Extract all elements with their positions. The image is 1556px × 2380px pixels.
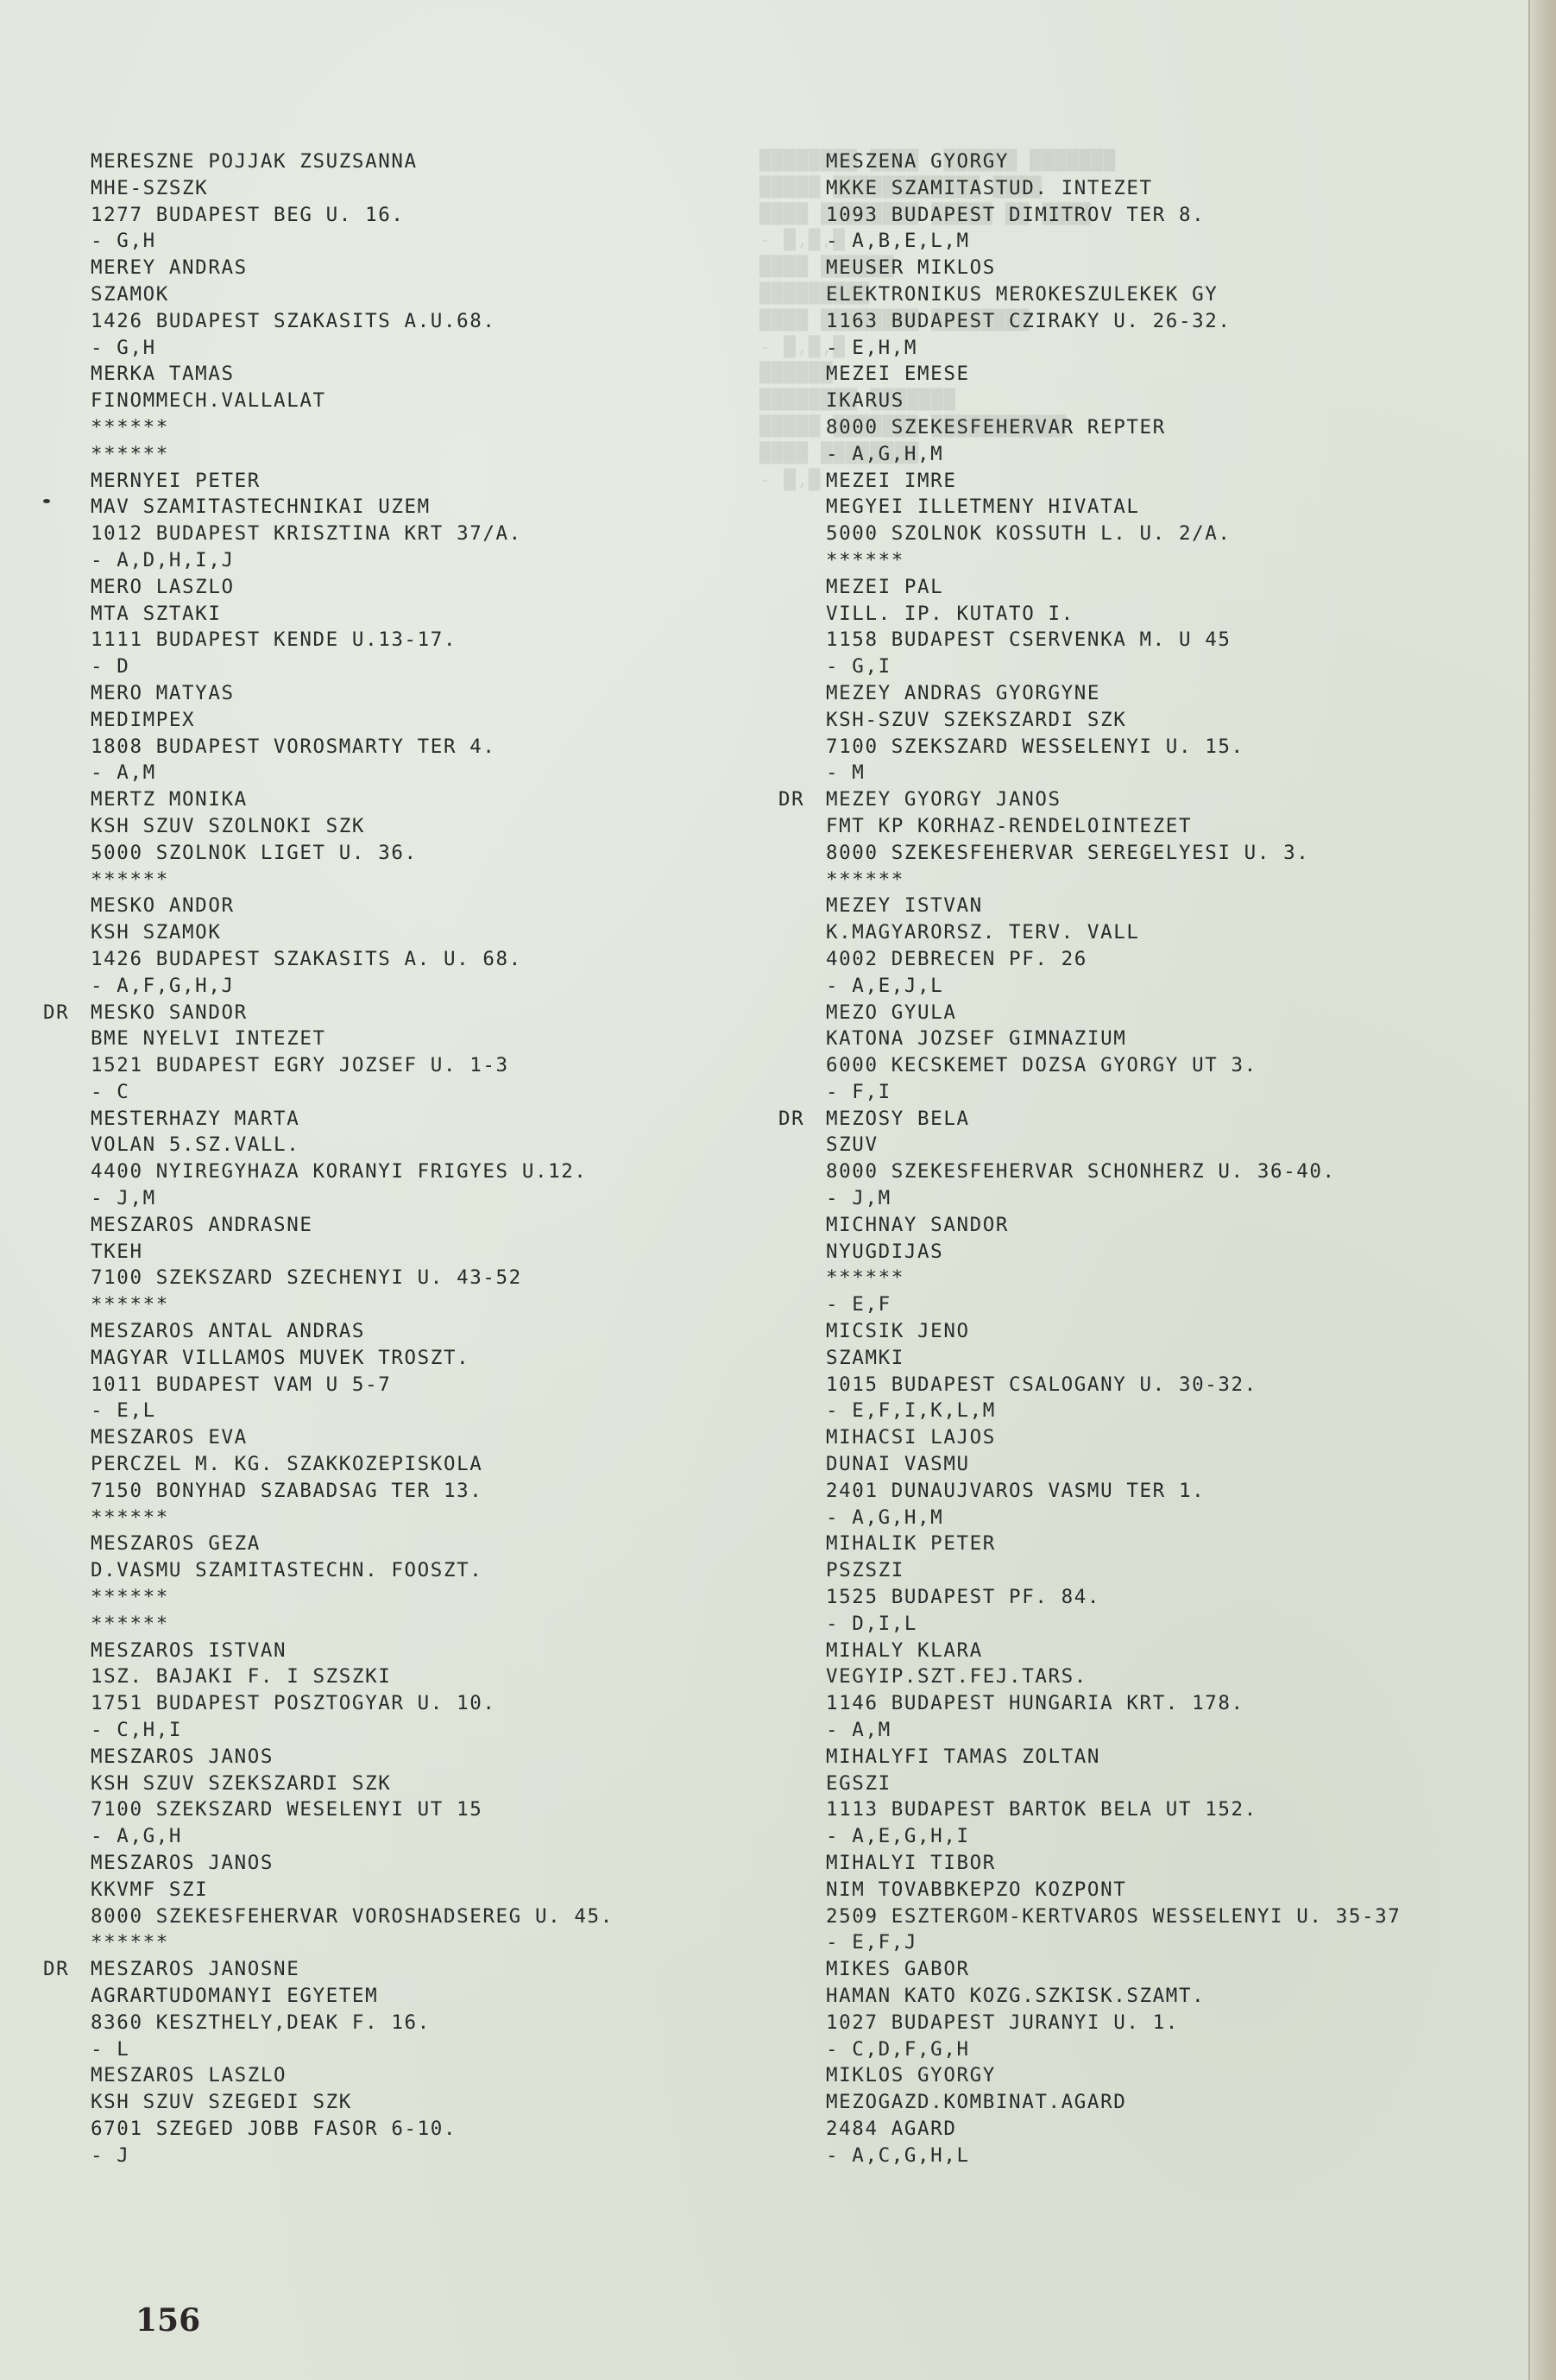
entry-name: MEZO GYULA (826, 1000, 1401, 1026)
directory-entry: MICHNAY SANDORNYUGDIJAS******- E,F (826, 1212, 1401, 1318)
entry-text: MESZAROS ANTAL ANDRAS (91, 1320, 365, 1342)
entry-name: MEZEY ANDRAS GYORGYNE (826, 680, 1401, 707)
directory-column-right: MESZENA GYORGYMKKE SZAMITASTUD. INTEZET1… (826, 148, 1401, 2169)
entry-codes: - J,M (826, 1185, 1401, 1212)
entry-title-prefix: DR (778, 1106, 804, 1133)
entry-text: - F,I (826, 1081, 891, 1103)
entry-text: 1426 BUDAPEST SZAKASITS A. U. 68. (91, 948, 522, 970)
entry-address: ****** (91, 1584, 614, 1611)
entry-text: ****** (91, 1613, 169, 1635)
entry-name: DRMESZAROS JANOSNE (91, 1956, 614, 1983)
entry-organization: TKEH (91, 1239, 614, 1266)
entry-text: - C (91, 1081, 129, 1103)
entry-text: - G,H (91, 337, 156, 359)
entry-organization: NYUGDIJAS (826, 1239, 1401, 1266)
entry-codes: - G,I (826, 653, 1401, 680)
entry-text: ELEKTRONIKUS MEROKESZULEKEK GY (826, 283, 1218, 306)
entry-name: MESTERHAZY MARTA (91, 1106, 614, 1133)
entry-codes: ****** (91, 441, 614, 468)
entry-text: DUNAI VASMU (826, 1453, 970, 1475)
entry-address: 4002 DEBRECEN PF. 26 (826, 946, 1401, 973)
entry-codes: - A,D,H,I,J (91, 547, 614, 574)
entry-text: - A,E,J,L (826, 975, 943, 997)
entry-address: 8000 SZEKESFEHERVAR SEREGELYESI U. 3. (826, 840, 1401, 867)
entry-text: ****** (826, 549, 904, 571)
entry-name: MESZAROS ANDRASNE (91, 1212, 614, 1239)
directory-entry: MESKO ANDORKSH SZAMOK1426 BUDAPEST SZAKA… (91, 893, 614, 999)
directory-entry: MEZEI PALVILL. IP. KUTATO I.1158 BUDAPES… (826, 574, 1401, 680)
entry-codes: ****** (826, 547, 1401, 574)
entry-text: KSH SZUV SZEKSZARDI SZK (91, 1772, 391, 1795)
entry-organization: PERCZEL M. KG. SZAKKOZEPISKOLA (91, 1451, 614, 1478)
entry-text: - A,C,G,H,L (826, 2144, 970, 2167)
entry-text: - A,M (91, 761, 156, 784)
entry-text: HAMAN KATO KOZG.SZKISK.SZAMT. (826, 1985, 1205, 2007)
entry-codes: - A,E,G,H,I (826, 1823, 1401, 1850)
entry-codes: - A,F,G,H,J (91, 973, 614, 1000)
entry-text: K.MAGYARORSZ. TERV. VALL (826, 921, 1140, 944)
entry-name: MEZEI EMESE (826, 361, 1401, 388)
entry-text: - E,F (826, 1293, 891, 1316)
ink-speck (43, 499, 50, 503)
entry-text: MERTZ MONIKA (91, 788, 248, 811)
entry-text: MEZOSY BELA (826, 1108, 970, 1130)
entry-address: 1426 BUDAPEST SZAKASITS A.U.68. (91, 308, 614, 335)
entry-text: - E,F,I,K,L,M (826, 1399, 996, 1422)
entry-text: VILL. IP. KUTATO I. (826, 603, 1074, 625)
entry-address: 7150 BONYHAD SZABADSAG TER 13. (91, 1478, 614, 1505)
entry-text: MEGYEI ILLETMENY HIVATAL (826, 496, 1140, 518)
entry-organization: SZAMOK (91, 281, 614, 308)
entry-text: MICHNAY SANDOR (826, 1214, 1009, 1236)
entry-text: 1163 BUDAPEST CZIRAKY U. 26-32. (826, 310, 1232, 332)
entry-text: - L (91, 2038, 129, 2061)
entry-codes: - L (91, 2036, 614, 2063)
entry-address: 2401 DUNAUJVAROS VASMU TER 1. (826, 1478, 1401, 1505)
entry-text: TKEH (91, 1241, 143, 1263)
entry-text: ****** (91, 1506, 169, 1529)
entry-organization: MEGYEI ILLETMENY HIVATAL (826, 494, 1401, 521)
entry-text: - A,G,H (91, 1825, 182, 1847)
entry-codes: - A,E,J,L (826, 973, 1401, 1000)
entry-text: - J,M (826, 1187, 891, 1209)
entry-text: MKKE SZAMITASTUD. INTEZET (826, 177, 1153, 199)
entry-name: MEUSER MIKLOS (826, 255, 1401, 281)
entry-text: MERO LASZLO (91, 576, 235, 598)
entry-text: MEZO GYULA (826, 1001, 956, 1024)
directory-entry: MESZAROS ANDRASNETKEH7100 SZEKSZARD SZEC… (91, 1212, 614, 1318)
directory-entry: MIHALYFI TAMAS ZOLTANEGSZI1113 BUDAPEST … (826, 1744, 1401, 1850)
entry-text: 4002 DEBRECEN PF. 26 (826, 948, 1087, 970)
entry-organization: KSH SZAMOK (91, 919, 614, 946)
entry-organization: AGRARTUDOMANYI EGYETEM (91, 1983, 614, 2010)
entry-text: - J (91, 2144, 129, 2167)
entry-organization: KATONA JOZSEF GIMNAZIUM (826, 1026, 1401, 1052)
directory-entry: MERTZ MONIKAKSH SZUV SZOLNOKI SZK5000 SZ… (91, 786, 614, 893)
entry-text: 1751 BUDAPEST POSZTOGYAR U. 10. (91, 1692, 496, 1714)
entry-organization: MEZOGAZD.KOMBINAT.AGARD (826, 2089, 1401, 2116)
entry-text: MEZEI EMESE (826, 363, 970, 385)
entry-text: 1277 BUDAPEST BEG U. 16. (91, 204, 405, 226)
entry-text: 7100 SZEKSZARD WESSELENYI U. 15. (826, 735, 1244, 758)
entry-codes: - E,F,J (826, 1929, 1401, 1956)
directory-entry: MEREY ANDRASSZAMOK1426 BUDAPEST SZAKASIT… (91, 255, 614, 361)
entry-text: ****** (91, 416, 169, 439)
entry-text: MEZOGAZD.KOMBINAT.AGARD (826, 2091, 1126, 2113)
entry-text: 2509 ESZTERGOM-KERTVAROS WESSELENYI U. 3… (826, 1905, 1401, 1928)
entry-organization: KSH SZUV SZEGEDI SZK (91, 2089, 614, 2116)
directory-entry: MIKES GABORHAMAN KATO KOZG.SZKISK.SZAMT.… (826, 1956, 1401, 2062)
entry-text: 7100 SZEKSZARD SZECHENYI U. 43-52 (91, 1266, 522, 1289)
directory-entry: MIHALIK PETERPSZSZI1525 BUDAPEST PF. 84.… (826, 1531, 1401, 1637)
entry-address: 1163 BUDAPEST CZIRAKY U. 26-32. (826, 308, 1401, 335)
entry-codes: - E,H,M (826, 335, 1401, 362)
entry-text: PSZSZI (826, 1559, 904, 1581)
entry-address: 1751 BUDAPEST POSZTOGYAR U. 10. (91, 1690, 614, 1717)
entry-text: MEZEY GYORGY JANOS (826, 788, 1061, 811)
entry-text: NYUGDIJAS (826, 1241, 943, 1263)
entry-text: ****** (826, 868, 904, 891)
entry-organization: VOLAN 5.SZ.VALL. (91, 1132, 614, 1158)
entry-address: ****** (91, 414, 614, 441)
entry-organization: MEDIMPEX (91, 707, 614, 734)
entry-text: MEZEI PAL (826, 576, 943, 598)
entry-name: MEREY ANDRAS (91, 255, 614, 281)
entry-organization: KSH SZUV SZEKSZARDI SZK (91, 1771, 614, 1797)
entry-address: 8000 SZEKESFEHERVAR REPTER (826, 414, 1401, 441)
entry-organization: IKARUS (826, 388, 1401, 414)
entry-address: 1093 BUDAPEST DIMITROV TER 8. (826, 202, 1401, 229)
entry-text: 8360 KESZTHELY,DEAK F. 16. (91, 2011, 431, 2034)
entry-name: MIKLOS GYORGY (826, 2062, 1401, 2089)
entry-text: MTA SZTAKI (91, 603, 221, 625)
entry-text: AGRARTUDOMANYI EGYETEM (91, 1985, 378, 2007)
directory-entry: MESZAROS GEZAD.VASMU SZAMITASTECHN. FOOS… (91, 1531, 614, 1637)
entry-text: MERKA TAMAS (91, 363, 235, 385)
entry-text: - G,H (91, 230, 156, 252)
entry-address: 1027 BUDAPEST JURANYI U. 1. (826, 2010, 1401, 2036)
entry-text: 2401 DUNAUJVAROS VASMU TER 1. (826, 1480, 1205, 1502)
directory-entry: MERKA TAMASFINOMMECH.VALLALAT***********… (91, 361, 614, 467)
entry-name: MESZENA GYORGY (826, 148, 1401, 175)
entry-text: MICSIK JENO (826, 1320, 970, 1342)
entry-text: MEREY ANDRAS (91, 256, 248, 279)
entry-address: 1426 BUDAPEST SZAKASITS A. U. 68. (91, 946, 614, 973)
entry-codes: - C,H,I (91, 1717, 614, 1744)
entry-text: SZUV (826, 1133, 879, 1156)
entry-text: MESZAROS ISTVAN (91, 1639, 287, 1662)
entry-codes: - A,M (826, 1717, 1401, 1744)
entry-text: 5000 SZOLNOK KOSSUTH L. U. 2/A. (826, 522, 1232, 545)
entry-address: 1011 BUDAPEST VAM U 5-7 (91, 1372, 614, 1398)
entry-text: MESZAROS ANDRASNE (91, 1214, 312, 1236)
entry-text: - A,B,E,L,M (826, 230, 970, 252)
entry-text: - E,H,M (826, 337, 917, 359)
entry-organization: DUNAI VASMU (826, 1451, 1401, 1478)
entry-title-prefix: DR (43, 1956, 69, 1983)
entry-name: MERO LASZLO (91, 574, 614, 601)
entry-codes: - A,G,H (91, 1823, 614, 1850)
entry-text: IKARUS (826, 389, 904, 412)
directory-entry: MEZEI IMREMEGYEI ILLETMENY HIVATAL5000 S… (826, 468, 1401, 574)
entry-text: MESKO SANDOR (91, 1001, 248, 1024)
entry-name: MIHALYFI TAMAS ZOLTAN (826, 1744, 1401, 1771)
entry-text: FINOMMECH.VALLALAT (91, 389, 326, 412)
entry-text: 8000 SZEKESFEHERVAR REPTER (826, 416, 1166, 439)
entry-codes: - C,D,F,G,H (826, 2036, 1401, 2063)
entry-address: 1277 BUDAPEST BEG U. 16. (91, 202, 614, 229)
entry-organization: EGSZI (826, 1771, 1401, 1797)
directory-entry: MEZEY ISTVANK.MAGYARORSZ. TERV. VALL4002… (826, 893, 1401, 999)
entry-address: 8000 SZEKESFEHERVAR VOROSHADSEREG U. 45. (91, 1903, 614, 1930)
entry-text: - A,G,H,M (826, 443, 943, 465)
directory-entry: MESZAROS ISTVAN1SZ. BAJAKI F. I SZSZKI17… (91, 1638, 614, 1744)
entry-organization: KKVMF SZI (91, 1877, 614, 1903)
entry-text: 1SZ. BAJAKI F. I SZSZKI (91, 1665, 391, 1688)
entry-text: 1027 BUDAPEST JURANYI U. 1. (826, 2011, 1179, 2034)
entry-name: MIHALIK PETER (826, 1531, 1401, 1557)
entry-codes: - A,G,H,M (826, 1505, 1401, 1531)
entry-organization: PSZSZI (826, 1557, 1401, 1584)
entry-text: - E,F,J (826, 1931, 917, 1954)
entry-text: 1146 BUDAPEST HUNGARIA KRT. 178. (826, 1692, 1244, 1714)
directory-entry: DRMEZOSY BELASZUV8000 SZEKESFEHERVAR SCH… (826, 1106, 1401, 1212)
entry-name: DRMEZEY GYORGY JANOS (826, 786, 1401, 813)
entry-text: MESZAROS LASZLO (91, 2064, 287, 2086)
entry-address: 7100 SZEKSZARD WESSELENYI U. 15. (826, 734, 1401, 761)
entry-text: MIHALIK PETER (826, 1532, 996, 1555)
entry-text: 1113 BUDAPEST BARTOK BELA UT 152. (826, 1798, 1257, 1821)
entry-text: NIM TOVABBKEPZO KOZPONT (826, 1878, 1126, 1901)
entry-text: SZAMKI (826, 1347, 904, 1369)
entry-text: 1093 BUDAPEST DIMITROV TER 8. (826, 204, 1205, 226)
entry-text: - A,D,H,I,J (91, 549, 235, 571)
entry-name: MESKO ANDOR (91, 893, 614, 919)
directory-column-left: MERESZNE POJJAK ZSUZSANNAMHE-SZSZK1277 B… (91, 148, 614, 2169)
entry-title-prefix: DR (778, 786, 804, 813)
entry-text: MESZENA GYORGY (826, 150, 1009, 173)
entry-text: MAGYAR VILLAMOS MUVEK TROSZT. (91, 1347, 469, 1369)
directory-entry: MERNYEI PETERMAV SZAMITASTECHNIKAI UZEM1… (91, 468, 614, 574)
entry-text: BME NYELVI INTEZET (91, 1027, 326, 1050)
entry-text: ****** (91, 868, 169, 891)
directory-entry: MESZAROS JANOSKKVMF SZI8000 SZEKESFEHERV… (91, 1850, 614, 1956)
entry-text: ****** (91, 1293, 169, 1316)
entry-codes: - G,H (91, 228, 614, 255)
entry-address: 6000 KECSKEMET DOZSA GYORGY UT 3. (826, 1052, 1401, 1079)
entry-text: 8000 SZEKESFEHERVAR VOROSHADSEREG U. 45. (91, 1905, 614, 1928)
entry-codes: - A,M (91, 760, 614, 786)
entry-text: MESZAROS EVA (91, 1426, 248, 1449)
entry-address: 1146 BUDAPEST HUNGARIA KRT. 178. (826, 1690, 1401, 1717)
entry-text: MAV SZAMITASTECHNIKAI UZEM (91, 496, 431, 518)
entry-text: MHE-SZSZK (91, 177, 208, 199)
entry-text: 1012 BUDAPEST KRISZTINA KRT 37/A. (91, 522, 522, 545)
directory-entry: DRMESKO SANDORBME NYELVI INTEZET1521 BUD… (91, 1000, 614, 1106)
entry-organization: FINOMMECH.VALLALAT (91, 388, 614, 414)
entry-address: 5000 SZOLNOK LIGET U. 36. (91, 840, 614, 867)
entry-codes: ****** (91, 867, 614, 893)
directory-entry: MIHACSI LAJOSDUNAI VASMU2401 DUNAUJVAROS… (826, 1424, 1401, 1531)
entry-name: MIHACSI LAJOS (826, 1424, 1401, 1451)
entry-address: 5000 SZOLNOK KOSSUTH L. U. 2/A. (826, 521, 1401, 547)
entry-address: 7100 SZEKSZARD WESELENYI UT 15 (91, 1796, 614, 1823)
directory-entry: MESTERHAZY MARTAVOLAN 5.SZ.VALL.4400 NYI… (91, 1106, 614, 1212)
entry-organization: MAGYAR VILLAMOS MUVEK TROSZT. (91, 1345, 614, 1372)
entry-text: 4400 NYIREGYHAZA KORANYI FRIGYES U.12. (91, 1160, 588, 1183)
entry-address: 2509 ESZTERGOM-KERTVAROS WESSELENYI U. 3… (826, 1903, 1401, 1930)
entry-text: KSH-SZUV SZEKSZARDI SZK (826, 709, 1126, 731)
entry-organization: MAV SZAMITASTECHNIKAI UZEM (91, 494, 614, 521)
directory-entry: MEZEY ANDRAS GYORGYNEKSH-SZUV SZEKSZARDI… (826, 680, 1401, 786)
entry-text: MESKO ANDOR (91, 894, 235, 917)
entry-text: 1525 BUDAPEST PF. 84. (826, 1586, 1100, 1608)
entry-text: SZAMOK (91, 283, 169, 306)
entry-text: 1111 BUDAPEST KENDE U.13-17. (91, 628, 457, 651)
entry-name: MICHNAY SANDOR (826, 1212, 1401, 1239)
entry-text: - A,E,G,H,I (826, 1825, 970, 1847)
entry-codes: - A,C,G,H,L (826, 2143, 1401, 2169)
entry-address: 1012 BUDAPEST KRISZTINA KRT 37/A. (91, 521, 614, 547)
page-number: 156 (135, 2302, 200, 2339)
entry-text: ****** (91, 1931, 169, 1954)
entry-codes: ****** (91, 1505, 614, 1531)
entry-text: KKVMF SZI (91, 1878, 208, 1901)
entry-address: 1015 BUDAPEST CSALOGANY U. 30-32. (826, 1372, 1401, 1398)
directory-entry: DRMESZAROS JANOSNEAGRARTUDOMANYI EGYETEM… (91, 1956, 614, 2062)
entry-codes: ****** (91, 1611, 614, 1638)
entry-name: MERO MATYAS (91, 680, 614, 707)
directory-entry: MESZAROS LASZLOKSH SZUV SZEGEDI SZK6701 … (91, 2062, 614, 2169)
entry-text: MIHALY KLARA (826, 1639, 983, 1662)
entry-text: - J,M (91, 1187, 156, 1209)
entry-name: MESZAROS ANTAL ANDRAS (91, 1318, 614, 1345)
entry-address: 1158 BUDAPEST CSERVENKA M. U 45 (826, 627, 1401, 653)
directory-entry: MERO MATYASMEDIMPEX1808 BUDAPEST VOROSMA… (91, 680, 614, 786)
entry-text: - D,I,L (826, 1613, 917, 1635)
entry-organization: FMT KP KORHAZ-RENDELOINTEZET (826, 813, 1401, 840)
entry-address: 4400 NYIREGYHAZA KORANYI FRIGYES U.12. (91, 1158, 614, 1185)
entry-organization: KSH SZUV SZOLNOKI SZK (91, 813, 614, 840)
entry-text: MIKLOS GYORGY (826, 2064, 996, 2086)
entry-text: - C,D,F,G,H (826, 2038, 970, 2061)
directory-entry: MERESZNE POJJAK ZSUZSANNAMHE-SZSZK1277 B… (91, 148, 614, 255)
entry-name: MESZAROS LASZLO (91, 2062, 614, 2089)
entry-text: PERCZEL M. KG. SZAKKOZEPISKOLA (91, 1453, 482, 1475)
entry-text: FMT KP KORHAZ-RENDELOINTEZET (826, 815, 1192, 837)
entry-codes: ****** (91, 1291, 614, 1318)
entry-organization: SZUV (826, 1132, 1401, 1158)
entry-name: MICSIK JENO (826, 1318, 1401, 1345)
entry-text: MIKES GABOR (826, 1958, 970, 1980)
entry-codes: - A,B,E,L,M (826, 228, 1401, 255)
entry-text: 1015 BUDAPEST CSALOGANY U. 30-32. (826, 1373, 1257, 1396)
entry-text: MERNYEI PETER (91, 470, 261, 492)
entry-text: 6000 KECSKEMET DOZSA GYORGY UT 3. (826, 1054, 1257, 1076)
entry-name: MESZAROS JANOS (91, 1850, 614, 1877)
directory-entry: MICSIK JENOSZAMKI1015 BUDAPEST CSALOGANY… (826, 1318, 1401, 1424)
entry-text: MERO MATYAS (91, 682, 235, 704)
entry-text: 7100 SZEKSZARD WESELENYI UT 15 (91, 1798, 482, 1821)
entry-text: 7150 BONYHAD SZABADSAG TER 13. (91, 1480, 482, 1502)
entry-text: MEZEY ANDRAS GYORGYNE (826, 682, 1100, 704)
entry-text: MESZAROS JANOSNE (91, 1958, 299, 1980)
entry-text: MESZAROS JANOS (91, 1852, 274, 1874)
entry-text: KSH SZAMOK (91, 921, 221, 944)
entry-organization: SZAMKI (826, 1345, 1401, 1372)
entry-text: D.VASMU SZAMITASTECHN. FOOSZT. (91, 1559, 482, 1581)
entry-codes: - J,M (91, 1185, 614, 1212)
entry-organization: K.MAGYARORSZ. TERV. VALL (826, 919, 1401, 946)
entry-name: MERNYEI PETER (91, 468, 614, 495)
entry-text: MIHALYFI TAMAS ZOLTAN (826, 1746, 1100, 1768)
entry-codes: - F,I (826, 1079, 1401, 1106)
entry-organization: ELEKTRONIKUS MEROKESZULEKEK GY (826, 281, 1401, 308)
entry-text: KSH SZUV SZOLNOKI SZK (91, 815, 365, 837)
entry-codes: ****** (91, 1929, 614, 1956)
entry-name: DRMESKO SANDOR (91, 1000, 614, 1026)
entry-organization: D.VASMU SZAMITASTECHN. FOOSZT. (91, 1557, 614, 1584)
entry-text: MERESZNE POJJAK ZSUZSANNA (91, 150, 418, 173)
entry-name: MERESZNE POJJAK ZSUZSANNA (91, 148, 614, 175)
entry-organization: 1SZ. BAJAKI F. I SZSZKI (91, 1663, 614, 1690)
entry-text: MESZAROS GEZA (91, 1532, 261, 1555)
entry-name: MERTZ MONIKA (91, 786, 614, 813)
entry-codes: - E,F,I,K,L,M (826, 1398, 1401, 1424)
entry-organization: KSH-SZUV SZEKSZARDI SZK (826, 707, 1401, 734)
entry-text: MEZEI IMRE (826, 470, 956, 492)
entry-text: MIHACSI LAJOS (826, 1426, 996, 1449)
entry-text: MESTERHAZY MARTA (91, 1108, 299, 1130)
entry-name: MESZAROS ISTVAN (91, 1638, 614, 1664)
entry-address: 1521 BUDAPEST EGRY JOZSEF U. 1-3 (91, 1052, 614, 1079)
entry-address: 1525 BUDAPEST PF. 84. (826, 1584, 1401, 1611)
entry-text: ****** (91, 1586, 169, 1608)
directory-entry: MEZO GYULAKATONA JOZSEF GIMNAZIUM6000 KE… (826, 1000, 1401, 1106)
entry-organization: VILL. IP. KUTATO I. (826, 601, 1401, 628)
entry-codes: - E,F (826, 1291, 1401, 1318)
entry-name: MEZEI PAL (826, 574, 1401, 601)
entry-text: 6701 SZEGED JOBB FASOR 6-10. (91, 2118, 457, 2140)
entry-address: 1808 BUDAPEST VOROSMARTY TER 4. (91, 734, 614, 761)
entry-name: MIHALYI TIBOR (826, 1850, 1401, 1877)
entry-codes: - D,I,L (826, 1611, 1401, 1638)
entry-name: MERKA TAMAS (91, 361, 614, 388)
entry-organization: VEGYIP.SZT.FEJ.TARS. (826, 1663, 1401, 1690)
entry-name: MEZEY ISTVAN (826, 893, 1401, 919)
directory-entry: MESZENA GYORGYMKKE SZAMITASTUD. INTEZET1… (826, 148, 1401, 255)
entry-organization: HAMAN KATO KOZG.SZKISK.SZAMT. (826, 1983, 1401, 2010)
entry-name: MESZAROS JANOS (91, 1744, 614, 1771)
entry-text: - A,M (826, 1719, 891, 1741)
entry-text: 5000 SZOLNOK LIGET U. 36. (91, 842, 418, 864)
directory-entry: MESZAROS JANOSKSH SZUV SZEKSZARDI SZK710… (91, 1744, 614, 1850)
entry-address: 6701 SZEGED JOBB FASOR 6-10. (91, 2116, 614, 2143)
entry-text: 1011 BUDAPEST VAM U 5-7 (91, 1373, 391, 1396)
entry-text: ****** (91, 443, 169, 465)
entry-codes: - M (826, 760, 1401, 786)
entry-text: 2484 AGARD (826, 2118, 956, 2140)
directory-entry: MIHALYI TIBORNIM TOVABBKEPZO KOZPONT2509… (826, 1850, 1401, 1956)
entry-codes: - C (91, 1079, 614, 1106)
entry-text: VOLAN 5.SZ.VALL. (91, 1133, 299, 1156)
entry-address: 1113 BUDAPEST BARTOK BELA UT 152. (826, 1796, 1401, 1823)
entry-organization: MHE-SZSZK (91, 175, 614, 202)
directory-entry: MEZEI EMESEIKARUS8000 SZEKESFEHERVAR REP… (826, 361, 1401, 467)
entry-codes: - A,G,H,M (826, 441, 1401, 468)
entry-name: MESZAROS EVA (91, 1424, 614, 1451)
entry-text: 1158 BUDAPEST CSERVENKA M. U 45 (826, 628, 1232, 651)
